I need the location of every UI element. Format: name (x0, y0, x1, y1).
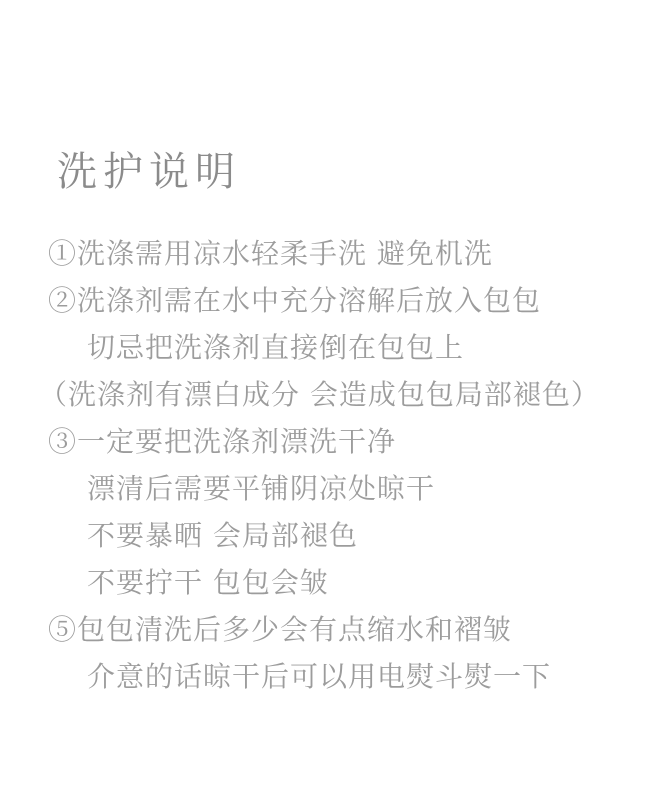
instruction-line-10: 介意的话晾干后可以用电熨斗熨一下 (48, 653, 656, 700)
instruction-line-8: 不要拧干 包包会皱 (48, 559, 656, 606)
care-instructions-panel: 洗护说明 ①洗涤需用凉水轻柔手洗 避免机洗 ②洗涤剂需在水中充分溶解后放入包包 … (0, 0, 666, 800)
instruction-line-1: ①洗涤需用凉水轻柔手洗 避免机洗 (48, 230, 656, 277)
instruction-line-3: 切忌把洗涤剂直接倒在包包上 (48, 324, 656, 371)
instruction-line-5: ③一定要把洗涤剂漂洗干净 (48, 418, 656, 465)
instruction-line-4: （洗涤剂有漂白成分 会造成包包局部褪色） (39, 371, 656, 418)
page-title: 洗护说明 (57, 148, 241, 196)
instruction-line-9: ⑤包包清洗后多少会有点缩水和褶皱 (48, 606, 656, 653)
instruction-line-2: ②洗涤剂需在水中充分溶解后放入包包 (48, 277, 656, 324)
instruction-line-6: 漂清后需要平铺阴凉处晾干 (48, 465, 656, 512)
instruction-list: ①洗涤需用凉水轻柔手洗 避免机洗 ②洗涤剂需在水中充分溶解后放入包包 切忌把洗涤… (48, 230, 656, 700)
instruction-line-7: 不要暴晒 会局部褪色 (48, 512, 656, 559)
